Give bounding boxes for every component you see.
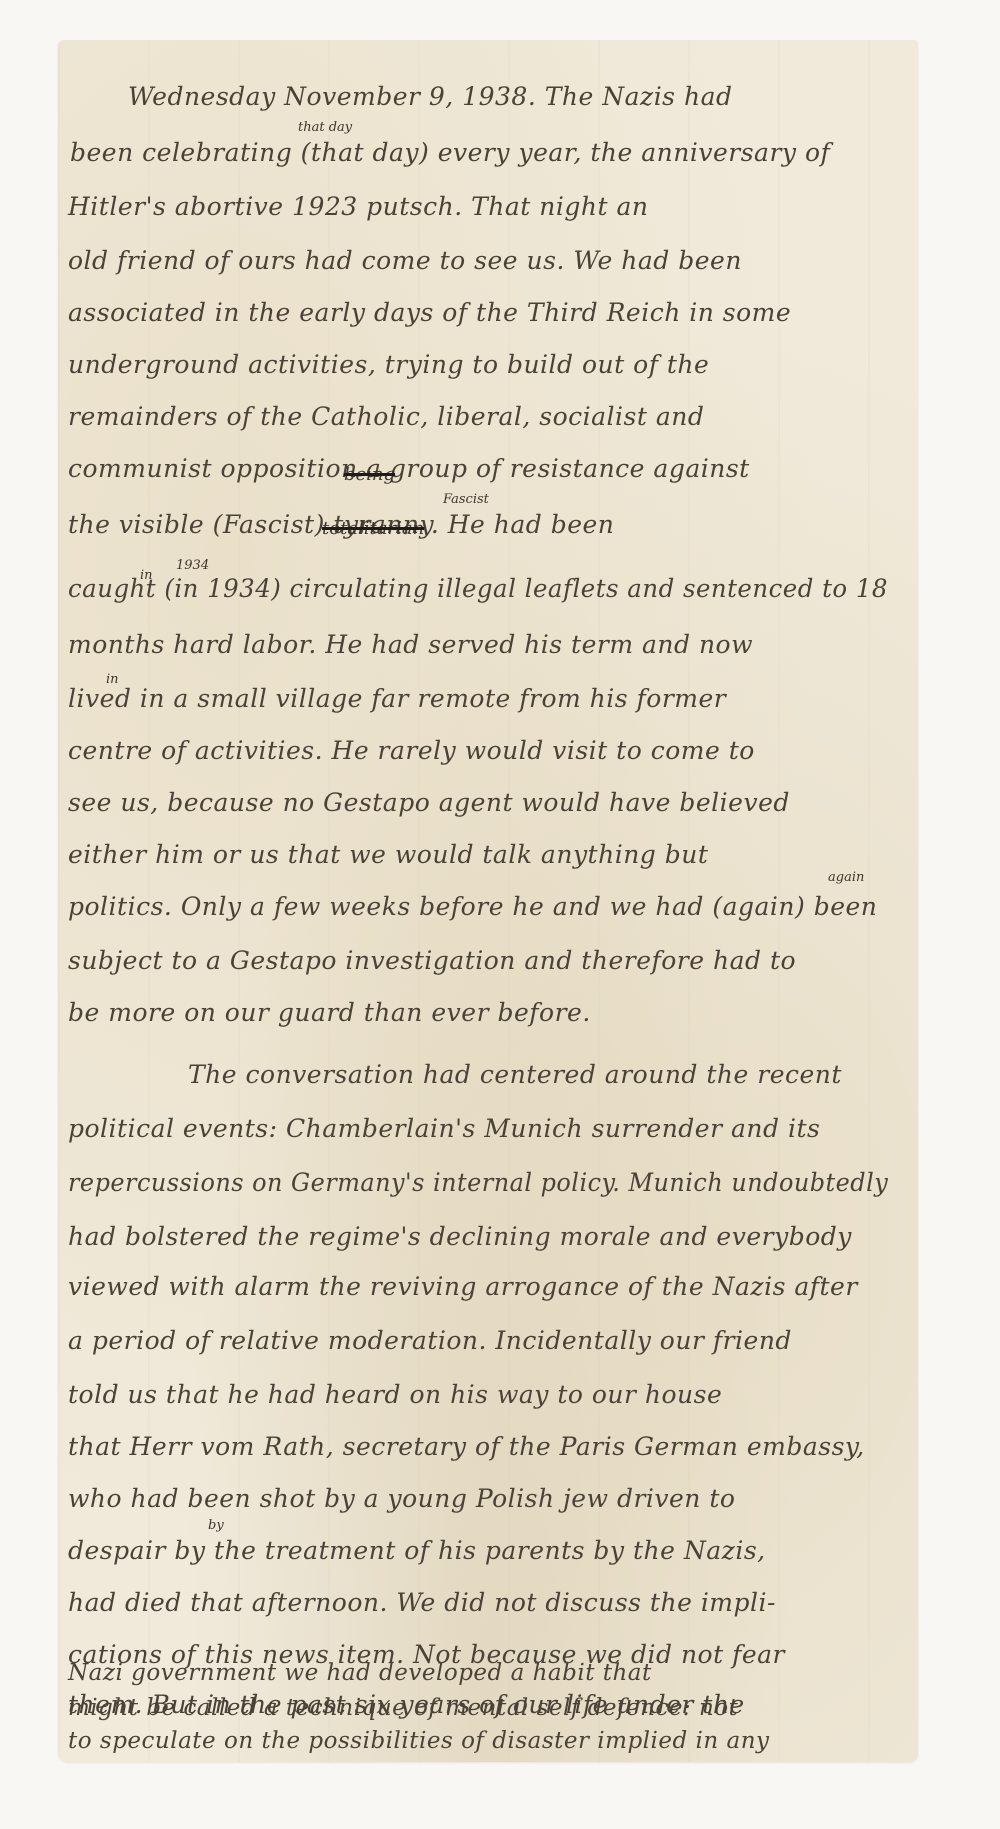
text-line: a period of relative moderation. Inciden… [68,1326,792,1355]
text-line: see us, because no Gestapo agent would h… [68,788,790,817]
insertion-1934: 1934 [176,558,209,573]
text-line: caught (in 1934) circulating illegal lea… [68,574,888,603]
text-line: that Herr vom Rath, secretary of the Par… [68,1432,865,1461]
text-line: months hard labor. He had served his ter… [68,630,753,659]
text-line: who had been shot by a young Polish jew … [68,1484,735,1513]
strikethrough-totalitarian: totalitarian [322,518,424,539]
text-line: might be called a technique of mental se… [68,1695,738,1721]
paragraph-start-line: The conversation had centered around the… [188,1060,842,1089]
text-line: associated in the early days of the Thir… [68,298,791,327]
text-line: politics. Only a few weeks before he and… [68,892,877,921]
text-line: despair by the treatment of his parents … [68,1536,766,1565]
insertion-by: by [208,1518,224,1533]
text-line: centre of activities. He rarely would vi… [68,736,755,765]
manuscript-page: Wednesday November 9, 1938. The Nazis ha… [58,40,918,1762]
text-line: be more on our guard than ever before. [68,998,591,1027]
text-line: remainders of the Catholic, liberal, soc… [68,402,704,431]
text-line: been celebrating (that day) every year, … [70,138,830,167]
text-line: old friend of ours had come to see us. W… [68,246,742,275]
insertion-that-day: that day [298,120,352,135]
text-line: underground activities, trying to build … [68,350,709,379]
text-line: Wednesday November 9, 1938. The Nazis ha… [128,82,732,111]
insertion-again: again [828,870,864,885]
text-line: had died that afternoon. We did not disc… [68,1588,776,1617]
text-line: communist opposition a group of resistan… [68,454,750,483]
text-line: told us that he had heard on his way to … [68,1380,722,1409]
text-line: had bolstered the regime's declining mor… [68,1222,852,1251]
insertion-fascist: Fascist [443,492,489,507]
text-line: repercussions on Germany's internal poli… [68,1168,888,1197]
text-line: subject to a Gestapo investigation and t… [68,946,796,975]
text-line: Hitler's abortive 1923 putsch. That nigh… [68,192,648,221]
text-line: Nazi government we had developed a habit… [68,1660,652,1686]
text-line: to speculate on the possibilities of dis… [68,1728,770,1754]
strikethrough-being: being [344,464,395,485]
text-line: political events: Chamberlain's Munich s… [68,1114,820,1143]
text-line: lived in a small village far remote from… [68,684,726,713]
text-line: either him or us that we would talk anyt… [68,840,708,869]
text-line: viewed with alarm the reviving arrogance… [68,1272,858,1301]
